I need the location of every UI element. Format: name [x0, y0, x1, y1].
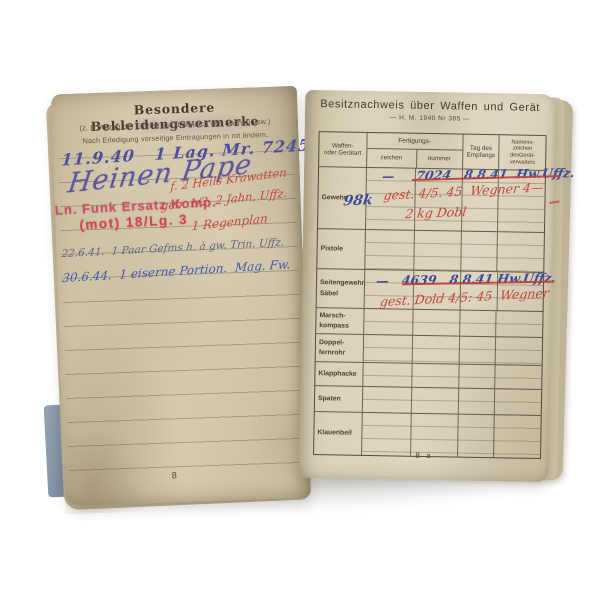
- handwritten-gewehr-entry-red-2: 2 kg Dobl: [404, 206, 467, 221]
- table-row-pistole: Pistole: [317, 228, 544, 272]
- table-header: Waffen- oder Gerätart Fertigungs- zeiche…: [319, 132, 546, 170]
- table-row-doppelfernrohr: Doppel-fernrohr: [316, 333, 542, 365]
- right-page-subtitle: — H. M. 1940 Nr 385 —: [305, 113, 555, 124]
- table-row-marschkompass: Marsch-kompass: [316, 307, 542, 337]
- right-page: Besitznachweis über Waffen und Gerät — H…: [299, 90, 556, 482]
- right-page-title: Besitznachweis über Waffen und Gerät: [305, 98, 555, 114]
- soldbuch-photo: Besondere Bekleidungsvermerke (z. B. Abz…: [0, 0, 600, 600]
- header-nummer: nummer: [417, 150, 462, 169]
- header-item-column: Waffen- oder Gerätart: [319, 132, 367, 167]
- header-tag-des-empfangs: Tag des Empfangs: [463, 135, 500, 170]
- header-zeichen: zeichen: [367, 149, 417, 168]
- left-page: Besondere Bekleidungsvermerke (z. B. Abz…: [51, 86, 311, 506]
- handwritten-gewehr-model: 98k: [342, 193, 373, 208]
- table-row-klapphacke: Klapphacke: [315, 361, 541, 389]
- header-fertigungs-group: Fertigungs- zeichen nummer: [367, 133, 464, 169]
- table-row-spaten: Spaten: [315, 385, 541, 415]
